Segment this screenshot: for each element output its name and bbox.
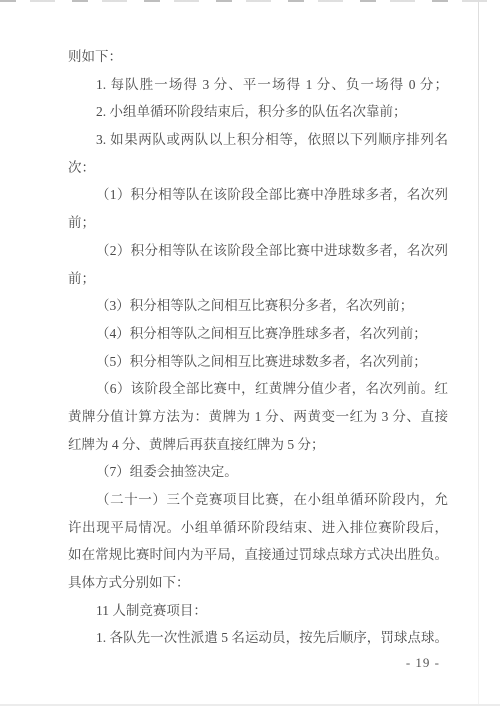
text-line: （3）积分相等队之间相互比赛积分多者，名次列前； xyxy=(68,292,448,320)
text-line: 前； xyxy=(68,209,448,237)
text-line: 3. 如果两队或两队以上积分相等，依照以下列顺序排列名 xyxy=(68,126,448,154)
text-line: 11 人制竞赛项目： xyxy=(68,597,448,625)
page-number: - 19 - xyxy=(68,653,440,673)
text-line: 次： xyxy=(68,154,448,182)
text-line: 红牌为 4 分、黄牌后再获直接红牌为 5 分； xyxy=(68,431,448,459)
text-line: 1. 每队胜一场得 3 分、平一场得 1 分、负一场得 0 分； xyxy=(68,71,448,99)
text-line: （二十一）三个竞赛项目比赛，在小组单循环阶段内，允 xyxy=(68,486,448,514)
text-line: 具体方式分别如下： xyxy=(68,569,448,597)
text-line: 如在常规比赛时间内为平局，直接通过罚球点球方式决出胜负。 xyxy=(68,541,448,569)
scan-artifact-right-edge xyxy=(478,0,479,706)
text-line: （6）该阶段全部比赛中，红黄牌分值少者，名次列前。红 xyxy=(68,375,448,403)
text-line: （1）积分相等队在该阶段全部比赛中净胜球多者，名次列 xyxy=(68,181,448,209)
text-line: 1. 各队先一次性派遣 5 名运动员，按先后顺序，罚球点球。 xyxy=(68,624,448,652)
text-line: 则如下： xyxy=(68,43,448,71)
text-line: （7）组委会抽签决定。 xyxy=(68,458,448,486)
scan-artifact-top-edge xyxy=(0,0,500,2)
text-line: 2. 小组单循环阶段结束后，积分多的队伍名次靠前； xyxy=(68,98,448,126)
text-line: （5）积分相等队之间相互比赛进球数多者，名次列前； xyxy=(68,348,448,376)
text-line: （4）积分相等队之间相互比赛净胜球多者，名次列前； xyxy=(68,320,448,348)
document-page: 则如下：1. 每队胜一场得 3 分、平一场得 1 分、负一场得 0 分；2. 小… xyxy=(0,0,500,706)
text-line: 黄牌分值计算方法为：黄牌为 1 分、两黄变一红为 3 分、直接 xyxy=(68,403,448,431)
text-line: （2）积分相等队在该阶段全部比赛中进球数多者，名次列 xyxy=(68,237,448,265)
document-body: 则如下：1. 每队胜一场得 3 分、平一场得 1 分、负一场得 0 分；2. 小… xyxy=(68,43,448,652)
text-line: 前； xyxy=(68,265,448,293)
text-line: 许出现平局情况。小组单循环阶段结束、进入排位赛阶段后， xyxy=(68,514,448,542)
